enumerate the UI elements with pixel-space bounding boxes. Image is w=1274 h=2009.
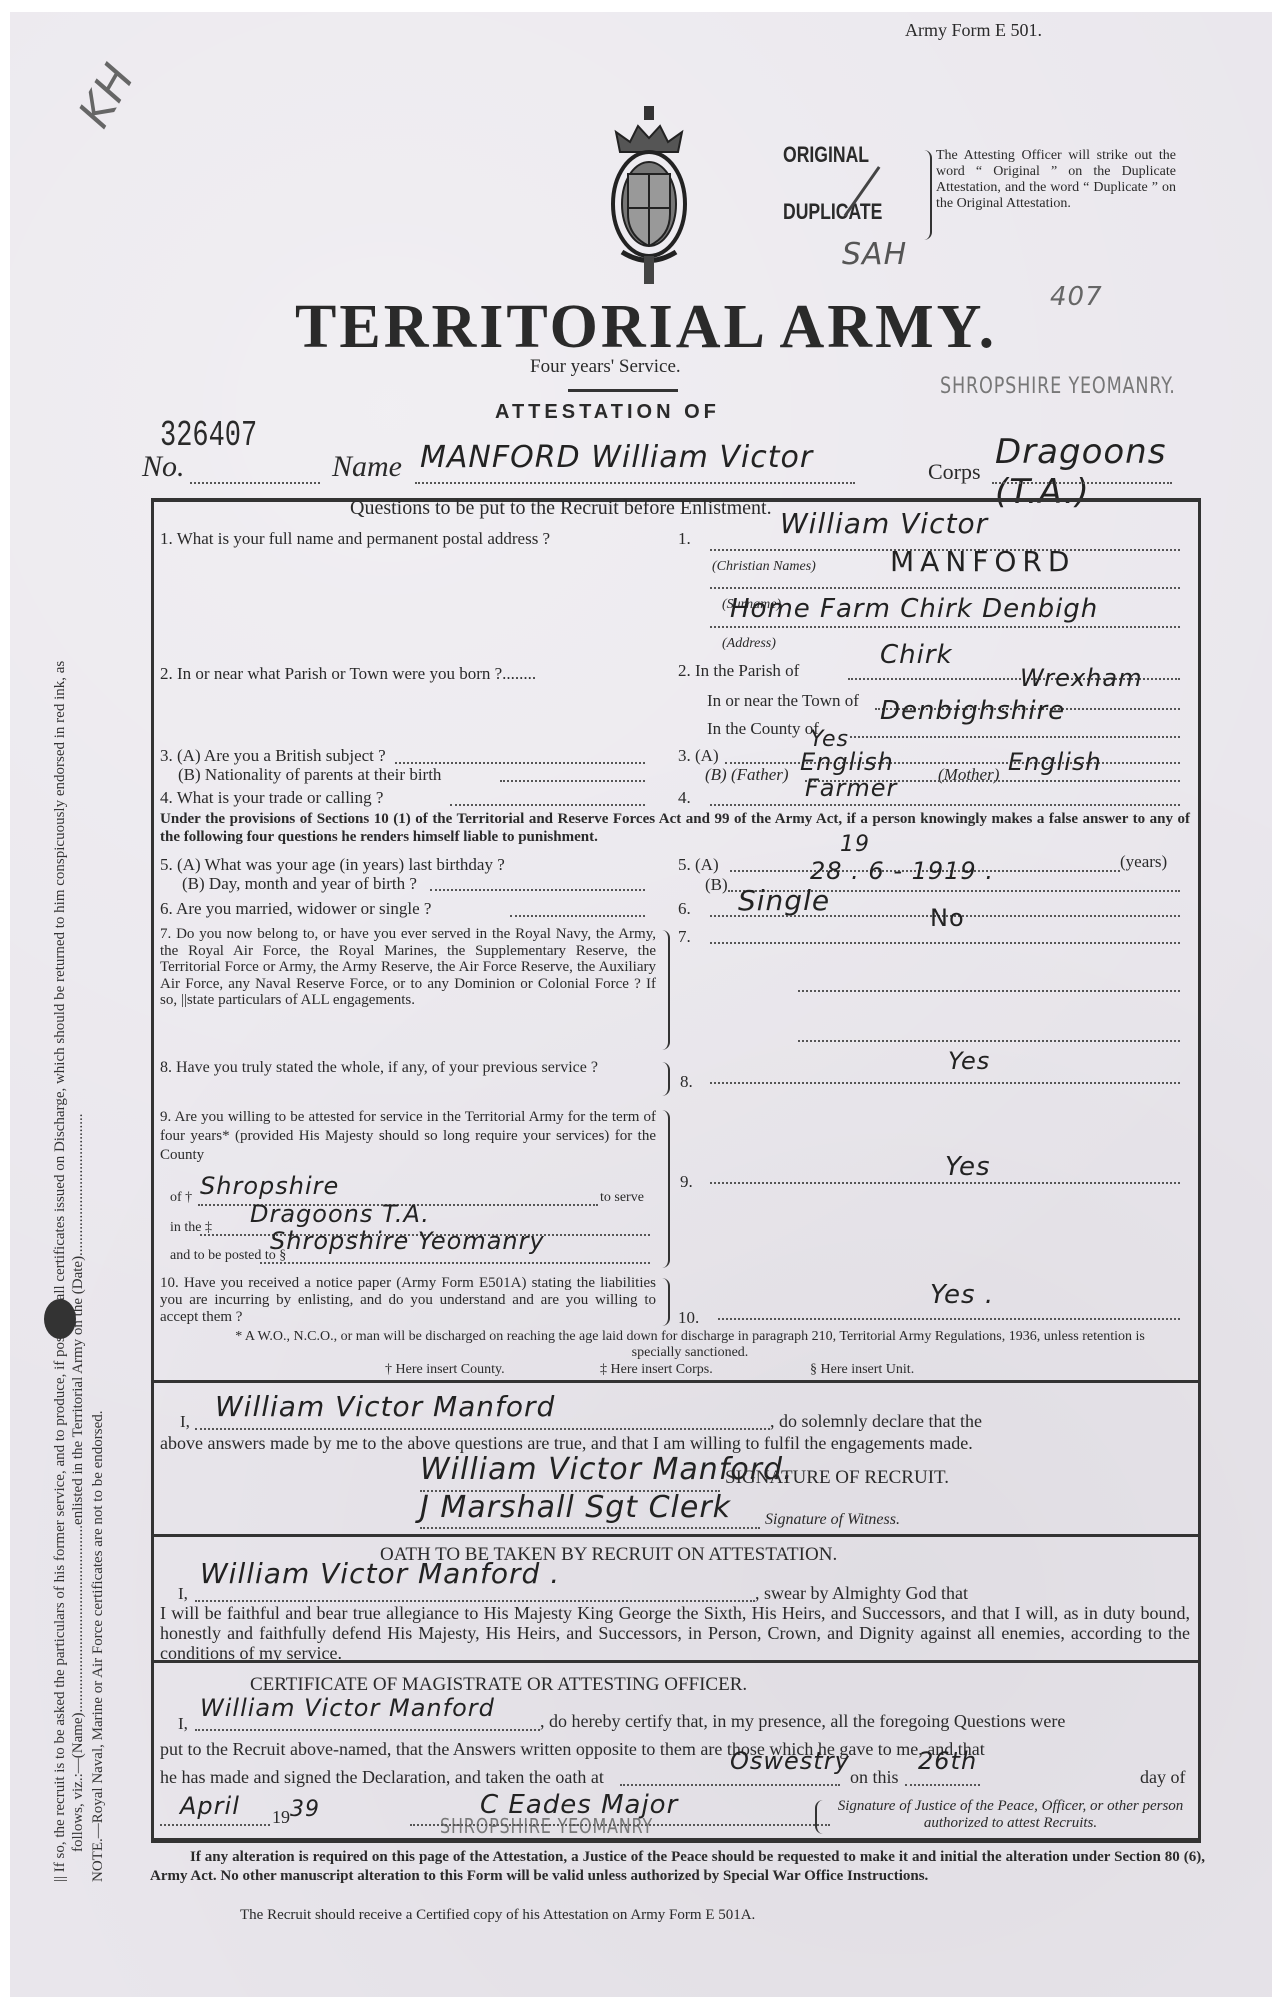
- answer-parish[interactable]: Chirk: [880, 640, 953, 670]
- answer-christian-names[interactable]: William Victor: [780, 507, 988, 540]
- side-note-1: || If so, the recruit is to be asked the…: [52, 262, 69, 1882]
- question-3a: 3. (A) Are you a British subject ?: [160, 746, 386, 765]
- answer-surname[interactable]: MANFORD: [890, 545, 1075, 578]
- oath-name-field[interactable]: William Victor Manford .: [200, 1557, 560, 1590]
- witness-signature[interactable]: J Marshall Sgt Clerk: [420, 1490, 731, 1525]
- answer-mother-nationality[interactable]: English: [1008, 748, 1102, 776]
- answer-previous-service[interactable]: No: [930, 904, 965, 932]
- declaration-text: above answers made by me to the above qu…: [160, 1434, 973, 1453]
- question-2: 2. In or near what Parish or Town were y…: [160, 664, 536, 683]
- original-label: ORIGINAL: [783, 142, 869, 168]
- answer-notice-paper[interactable]: Yes .: [930, 1280, 994, 1310]
- witness-signature-label: Signature of Witness.: [765, 1510, 900, 1529]
- footnote-county: † Here insert County.: [385, 1362, 505, 1378]
- questions-heading: Questions to be put to the Recruit befor…: [350, 497, 772, 520]
- false-answer-warning: Under the provisions of Sections 10 (1) …: [160, 810, 1190, 846]
- footnote-discharge: * A W.O., N.C.O., or man will be dischar…: [230, 1329, 1150, 1361]
- copy-note: The Recruit should receive a Certified c…: [240, 1907, 755, 1924]
- footnote-corps: ‡ Here insert Corps.: [600, 1362, 713, 1378]
- strike-instruction: The Attesting Officer will strike out th…: [936, 148, 1176, 212]
- page-title: TERRITORIAL ARMY.: [295, 292, 997, 363]
- divider: [568, 389, 678, 392]
- unit-stamp: SHROPSHIRE YEOMANRY.: [940, 374, 1176, 399]
- answer-trade[interactable]: Farmer: [805, 774, 897, 802]
- officer-signature[interactable]: C Eades Major: [480, 1790, 678, 1820]
- question-3b: (B) Nationality of parents at their birt…: [178, 765, 441, 784]
- pencil-mark: KH: [69, 55, 145, 136]
- no-label: No.: [142, 450, 185, 484]
- side-note-2: follows, viz.:—(Name)...................…: [70, 1113, 87, 1852]
- officer-signature-label: Signature of Justice of the Peace, Offic…: [828, 1798, 1193, 1832]
- footnote-unit: § Here insert Unit.: [810, 1362, 914, 1378]
- form-number: Army Form E 501.: [905, 20, 1042, 41]
- certificate-name-field[interactable]: William Victor Manford: [200, 1694, 495, 1722]
- brace: [922, 150, 932, 240]
- question-8: 8. Have you truly stated the whole, if a…: [160, 1058, 656, 1077]
- question-4: 4. What is your trade or calling ?: [160, 788, 383, 807]
- question-5a: 5. (A) What was your age (in years) last…: [160, 855, 505, 874]
- question-6: 6. Are you married, widower or single ?: [160, 899, 431, 918]
- side-note-3: NOTE.—Royal Naval, Marine or Air Force c…: [90, 1410, 107, 1882]
- declaration-name-field[interactable]: William Victor Manford: [215, 1390, 555, 1423]
- alteration-note: If any alteration is required on this pa…: [150, 1848, 1205, 1886]
- answer-stated-service[interactable]: Yes: [948, 1047, 990, 1075]
- title-annotation: 407: [1050, 282, 1103, 312]
- attestation-month-field[interactable]: April: [180, 1792, 240, 1820]
- answer-town[interactable]: Wrexham: [1020, 664, 1142, 692]
- question-10: 10. Have you received a notice paper (Ar…: [160, 1275, 656, 1326]
- answer-willing-to-attest[interactable]: Yes: [945, 1152, 991, 1182]
- certificate-heading: CERTIFICATE OF MAGISTRATE OR ATTESTING O…: [250, 1674, 747, 1696]
- question-7: 7. Do you now belong to, or have you eve…: [160, 926, 656, 1009]
- answer-service-unit[interactable]: Shropshire Yeomanry: [270, 1227, 545, 1255]
- question-5b: (B) Day, month and year of birth ?: [182, 874, 417, 893]
- answer-date-of-birth[interactable]: 28 . 6 - 1919 .: [810, 857, 994, 885]
- attestation-day-field[interactable]: 26th: [918, 1747, 977, 1775]
- royal-crest-icon: [608, 104, 690, 289]
- attestation-heading: ATTESTATION OF: [495, 401, 720, 424]
- question-1: 1. What is your full name and permanent …: [160, 529, 550, 548]
- name-label: Name: [332, 450, 402, 484]
- subtitle: Four years' Service.: [530, 356, 681, 378]
- attestation-place-field[interactable]: Oswestry: [730, 1747, 850, 1775]
- oath-text: I will be faithful and bear true allegia…: [160, 1603, 1190, 1663]
- initials: SAH: [842, 237, 907, 272]
- answer-county[interactable]: Denbighshire: [880, 696, 1065, 726]
- answer-service-corps[interactable]: Dragoons T.A.: [250, 1200, 430, 1228]
- attestation-form-page: KH Army Form E 501. ORIGINAL DUPLICATE T…: [10, 12, 1272, 1997]
- ink-blot: [44, 1299, 76, 1339]
- attestation-year-field[interactable]: 39: [290, 1797, 320, 1822]
- answer-address[interactable]: Home Farm Chirk Denbigh: [730, 594, 1098, 624]
- corps-label: Corps: [928, 459, 981, 485]
- question-9: 9. Are you willing to be attested for se…: [160, 1108, 656, 1165]
- name-field[interactable]: MANFORD William Victor: [420, 440, 813, 475]
- answer-father-nationality[interactable]: English: [800, 748, 894, 776]
- answer-marital-status[interactable]: Single: [738, 884, 830, 917]
- duplicate-label: DUPLICATE: [783, 199, 882, 225]
- answer-service-county[interactable]: Shropshire: [200, 1172, 339, 1200]
- answer-age[interactable]: 19: [840, 832, 870, 857]
- recruit-signature-label: SIGNATURE OF RECRUIT.: [725, 1467, 949, 1489]
